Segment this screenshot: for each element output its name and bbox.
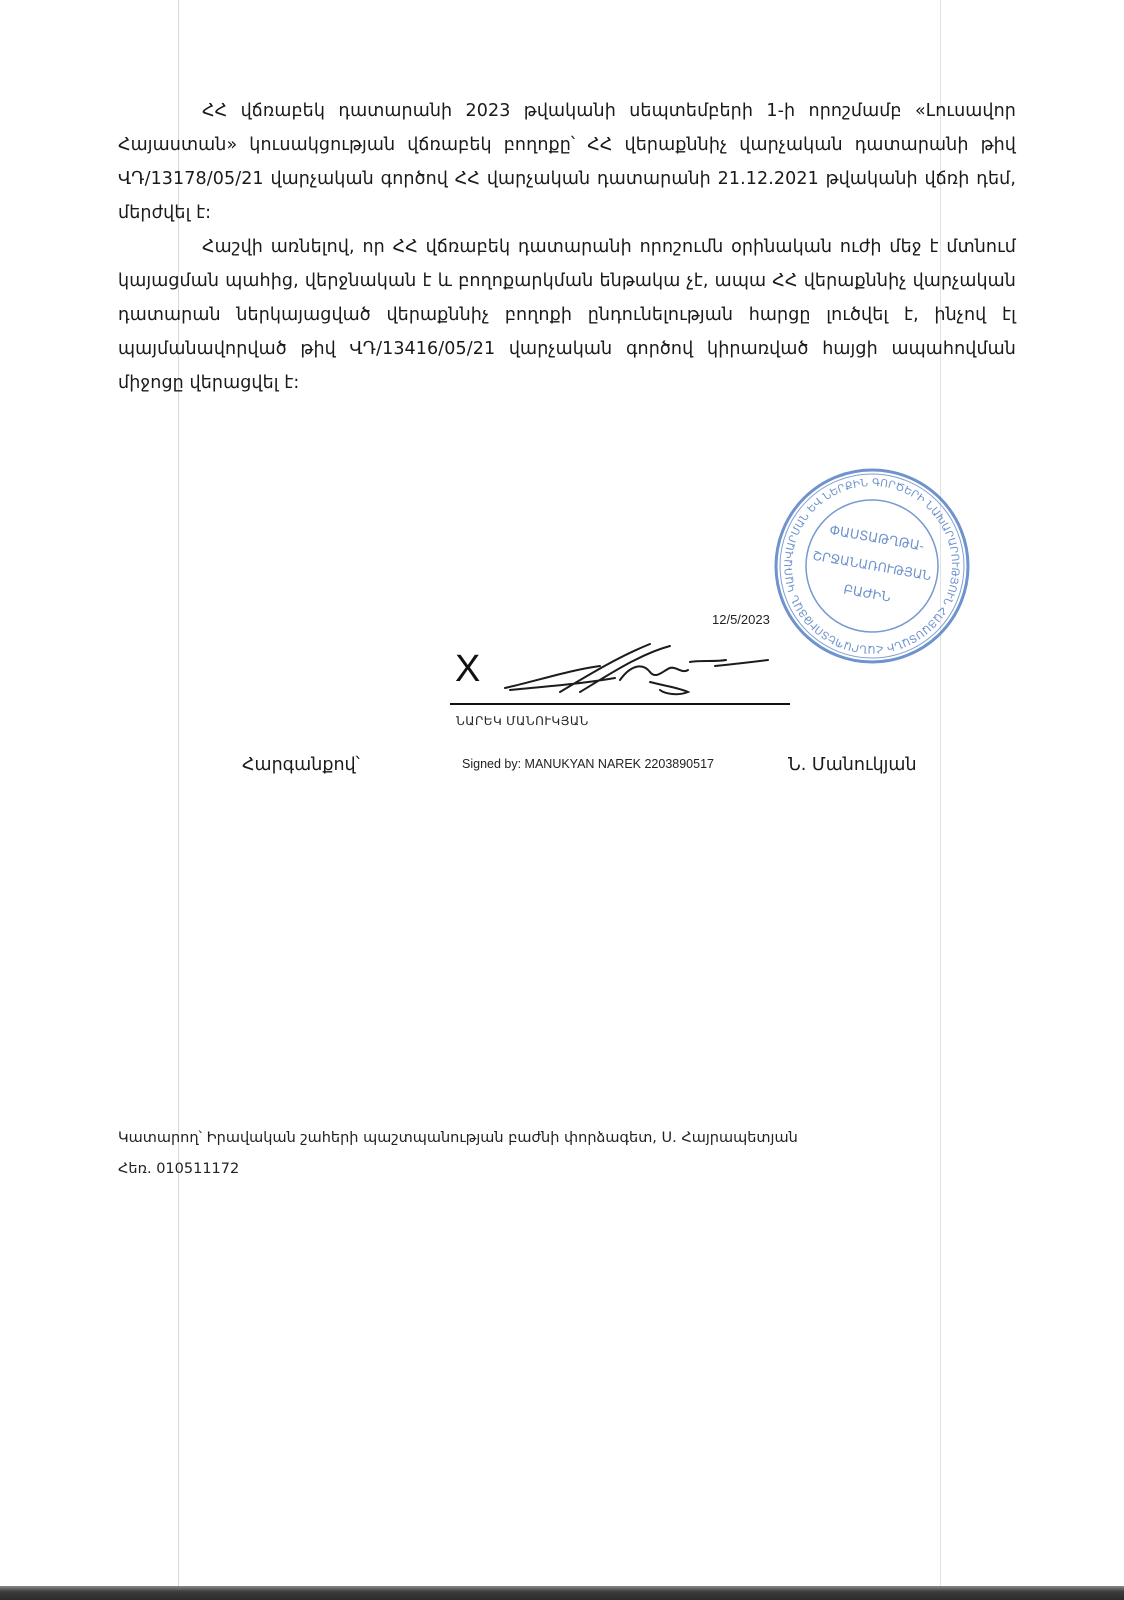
handwritten-signature-icon [500, 640, 770, 700]
paragraph-conclusion: Հաշվի առնելով, որ ՀՀ վճռաբեկ դատարանի որ… [118, 230, 1016, 400]
executor-phone: Հեռ. 010511172 [118, 1161, 239, 1177]
signature-mark: X [455, 648, 480, 691]
signer-printed-name: ՆԱՐԵԿ ՄԱՆՈՒԿՅԱՆ [456, 714, 589, 728]
signer-short-name: Ն. Մանուկյան [788, 755, 917, 775]
svg-text:ՓԱՍՏԱԹՂԹԱ-: ՓԱՍՏԱԹՂԹԱ- [828, 523, 925, 554]
signature-line [450, 703, 790, 705]
signature-date: 12/5/2023 [712, 612, 770, 627]
scan-bottom-edge [0, 1586, 1124, 1600]
official-stamp-icon: ՀԱՅԱՍՏԱՆԻ ՀԱՆՐԱՊԵՏՈՒԹՅԱՆ ԿԱՌԱՎԱՐՄԱՆ ԵՎ Ն… [772, 466, 972, 666]
closing-salutation: Հարգանքով՝ [242, 755, 360, 775]
svg-text:ԲԱԺԻՆ: ԲԱԺԻՆ [842, 583, 892, 606]
paragraph-decision: ՀՀ վճռաբեկ դատարանի 2023 թվականի սեպտեմբ… [118, 94, 1016, 230]
document-body: ՀՀ վճռաբեկ դատարանի 2023 թվականի սեպտեմբ… [118, 94, 1016, 400]
digital-signature-caption: Signed by: MANUKYAN NAREK 2203890517 [462, 757, 714, 771]
executor-note: Կատարող՝ Իրավական շահերի պաշտպանության բ… [118, 1130, 798, 1146]
